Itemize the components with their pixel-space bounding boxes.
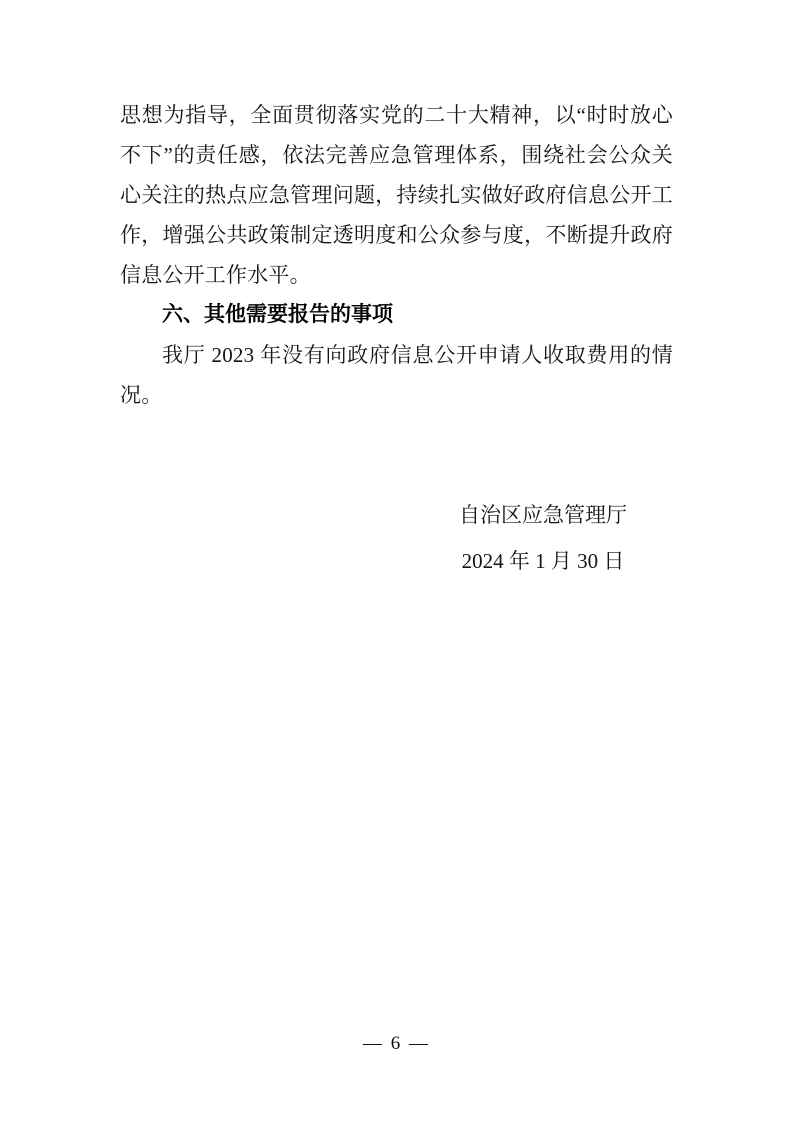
page-number: — 6 — xyxy=(0,1032,793,1056)
signature-org: 自治区应急管理厅 xyxy=(459,495,627,535)
document-page: 思想为指导，全面贯彻落实党的二十大精神，以“时时放心不下”的责任感，依法完善应急… xyxy=(0,0,793,1122)
section-heading: 六、其他需要报告的事项 xyxy=(120,295,673,335)
signature-date: 2024 年 1 月 30 日 xyxy=(462,541,625,581)
section-paragraph: 我厅 2023 年没有向政府信息公开申请人收取费用的情况。 xyxy=(120,335,673,415)
body-paragraph-continuation: 思想为指导，全面贯彻落实党的二十大精神，以“时时放心不下”的责任感，依法完善应急… xyxy=(120,95,673,295)
signature-block: 自治区应急管理厅 2024 年 1 月 30 日 xyxy=(453,495,633,581)
document-content: 思想为指导，全面贯彻落实党的二十大精神，以“时时放心不下”的责任感，依法完善应急… xyxy=(120,95,673,581)
